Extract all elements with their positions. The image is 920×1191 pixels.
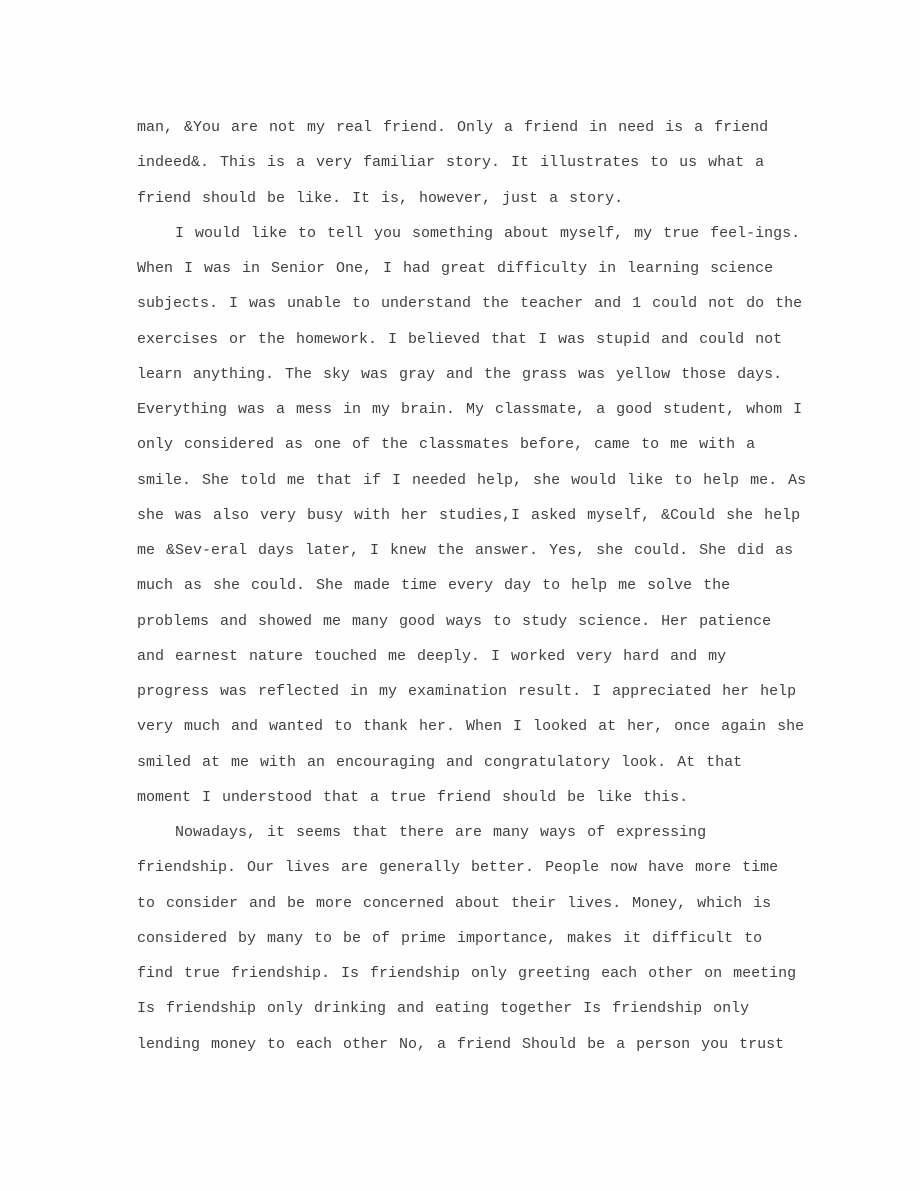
text-line: friend should be like. It is, however, j… <box>137 181 800 216</box>
text-line: and earnest nature touched me deeply. I … <box>137 639 800 674</box>
text-line: friendship. Our lives are generally bett… <box>137 850 800 885</box>
text-line: indeed&. This is a very familiar story. … <box>137 145 800 180</box>
text-line: Nowadays, it seems that there are many w… <box>137 815 800 850</box>
text-line: lending money to each other No, a friend… <box>137 1027 800 1062</box>
text-line: considered by many to be of prime import… <box>137 921 800 956</box>
text-line: problems and showed me many good ways to… <box>137 604 800 639</box>
text-line: subjects. I was unable to understand the… <box>137 286 800 321</box>
text-line: she was also very busy with her studies,… <box>137 498 800 533</box>
text-line: find true friendship. Is friendship only… <box>137 956 800 991</box>
text-line: exercises or the homework. I believed th… <box>137 322 800 357</box>
text-line: When I was in Senior One, I had great di… <box>137 251 800 286</box>
text-line: to consider and be more concerned about … <box>137 886 800 921</box>
text-line: I would like to tell you something about… <box>137 216 800 251</box>
text-line: Everything was a mess in my brain. My cl… <box>137 392 800 427</box>
text-line: learn anything. The sky was gray and the… <box>137 357 800 392</box>
text-line: smiled at me with an encouraging and con… <box>137 745 800 780</box>
text-line: man, &You are not my real friend. Only a… <box>137 110 800 145</box>
text-line: only considered as one of the classmates… <box>137 427 800 462</box>
paragraph: Nowadays, it seems that there are many w… <box>137 815 800 1062</box>
text-line: Is friendship only drinking and eating t… <box>137 991 800 1026</box>
text-line: progress was reflected in my examination… <box>137 674 800 709</box>
text-line: moment I understood that a true friend s… <box>137 780 800 815</box>
text-line: me &Sev-eral days later, I knew the answ… <box>137 533 800 568</box>
text-line: very much and wanted to thank her. When … <box>137 709 800 744</box>
text-line: much as she could. She made time every d… <box>137 568 800 603</box>
paragraph: I would like to tell you something about… <box>137 216 800 815</box>
paragraph: man, &You are not my real friend. Only a… <box>137 110 800 216</box>
text-line: smile. She told me that if I needed help… <box>137 463 800 498</box>
document-page: man, &You are not my real friend. Only a… <box>0 0 920 1191</box>
document-text: man, &You are not my real friend. Only a… <box>137 110 800 1062</box>
